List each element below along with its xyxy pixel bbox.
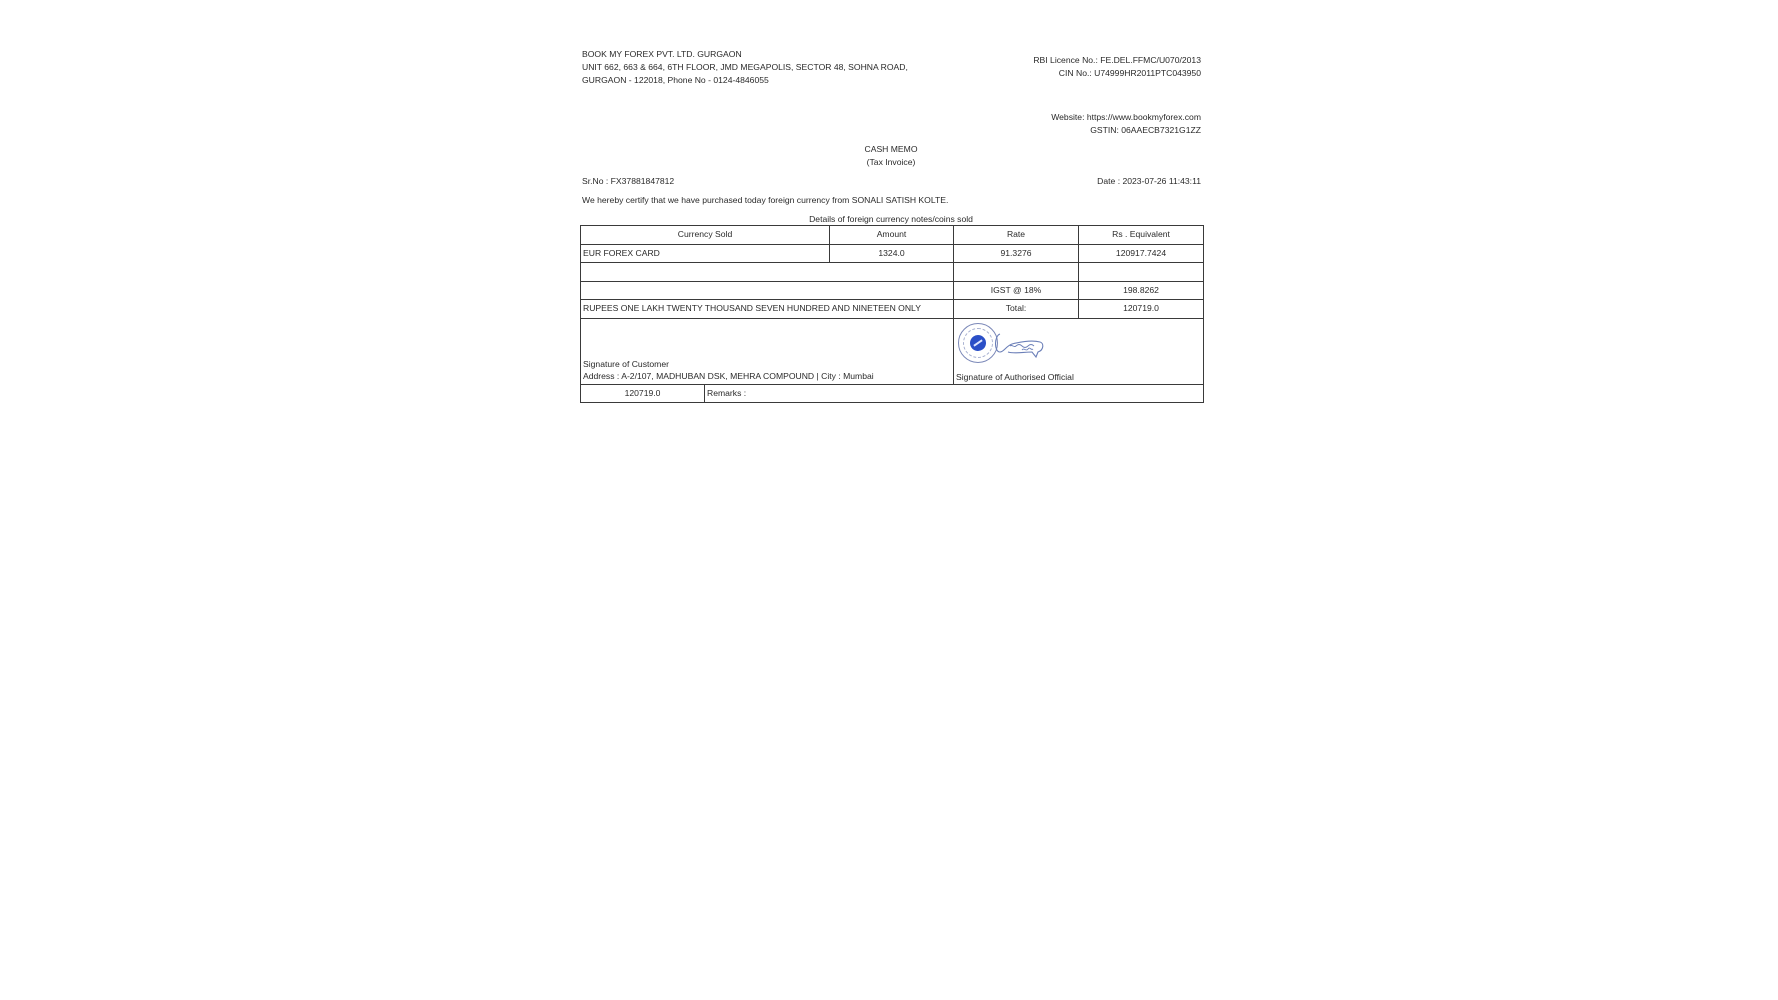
cell-amount: 1324.0: [830, 244, 954, 263]
igst-label: IGST @ 18%: [954, 281, 1079, 300]
total-label: Total:: [954, 300, 1079, 319]
document-title: CASH MEMO (Tax Invoice): [0, 143, 1778, 169]
header-currency-sold: Currency Sold: [581, 226, 830, 245]
currency-table: Currency Sold Amount Rate Rs . Equivalen…: [580, 225, 1204, 403]
footer-amount: 120719.0: [581, 384, 705, 403]
total-value: 120719.0: [1079, 300, 1204, 319]
official-signature-label: Signature of Authorised Official: [956, 372, 1201, 383]
details-caption: Details of foreign currency notes/coins …: [0, 213, 1778, 226]
empty-row: [581, 263, 1204, 282]
rbi-licence: RBI Licence No.: FE.DEL.FFMC/U070/2013: [1033, 54, 1201, 67]
company-name: BOOK MY FOREX PVT. LTD. GURGAON: [582, 48, 908, 61]
remarks-label: Remarks :: [705, 384, 1204, 403]
table-row: EUR FOREX CARD 1324.0 91.3276 120917.742…: [581, 244, 1204, 263]
serial-number: Sr.No : FX37881847812: [582, 175, 674, 188]
signature-row: Signature of Customer Address : A-2/107,…: [581, 318, 1204, 384]
cell-rate: 91.3276: [954, 244, 1079, 263]
registration-block: RBI Licence No.: FE.DEL.FFMC/U070/2013 C…: [1033, 54, 1201, 80]
table-header-row: Currency Sold Amount Rate Rs . Equivalen…: [581, 226, 1204, 245]
empty-cell: [954, 263, 1079, 282]
total-row: RUPEES ONE LAKH TWENTY THOUSAND SEVEN HU…: [581, 300, 1204, 319]
official-signature-cell: Signature of Authorised Official: [954, 318, 1204, 384]
website: Website: https://www.bookmyforex.com: [1051, 111, 1201, 124]
amount-in-words: RUPEES ONE LAKH TWENTY THOUSAND SEVEN HU…: [581, 300, 954, 319]
empty-cell: [581, 263, 954, 282]
cell-currency: EUR FOREX CARD: [581, 244, 830, 263]
company-address-line: UNIT 662, 663 & 664, 6TH FLOOR, JMD MEGA…: [582, 61, 908, 74]
header-rate: Rate: [954, 226, 1079, 245]
company-address-block: BOOK MY FOREX PVT. LTD. GURGAON UNIT 662…: [582, 48, 908, 86]
empty-cell: [1079, 263, 1204, 282]
customer-signature-label: Signature of Customer: [583, 358, 951, 371]
title-main: CASH MEMO: [0, 143, 1778, 156]
customer-signature-cell: Signature of Customer Address : A-2/107,…: [581, 318, 954, 384]
footer-row: 120719.0 Remarks :: [581, 384, 1204, 403]
header-amount: Amount: [830, 226, 954, 245]
customer-address: Address : A-2/107, MADHUBAN DSK, MEHRA C…: [583, 370, 951, 383]
certification-text: We hereby certify that we have purchased…: [582, 194, 948, 207]
company-address-phone: GURGAON - 122018, Phone No - 0124-484605…: [582, 74, 908, 87]
gstin: GSTIN: 06AAECB7321G1ZZ: [1051, 124, 1201, 137]
cell-rs-equivalent: 120917.7424: [1079, 244, 1204, 263]
igst-row: IGST @ 18% 198.8262: [581, 281, 1204, 300]
web-gst-block: Website: https://www.bookmyforex.com GST…: [1051, 111, 1201, 137]
handwritten-signature-icon: [992, 330, 1052, 360]
header-rs-equivalent: Rs . Equivalent: [1079, 226, 1204, 245]
empty-cell: [581, 281, 954, 300]
igst-value: 198.8262: [1079, 281, 1204, 300]
title-sub: (Tax Invoice): [0, 156, 1778, 169]
memo-date: Date : 2023-07-26 11:43:11: [1097, 175, 1201, 188]
cin-number: CIN No.: U74999HR2011PTC043950: [1033, 67, 1201, 80]
